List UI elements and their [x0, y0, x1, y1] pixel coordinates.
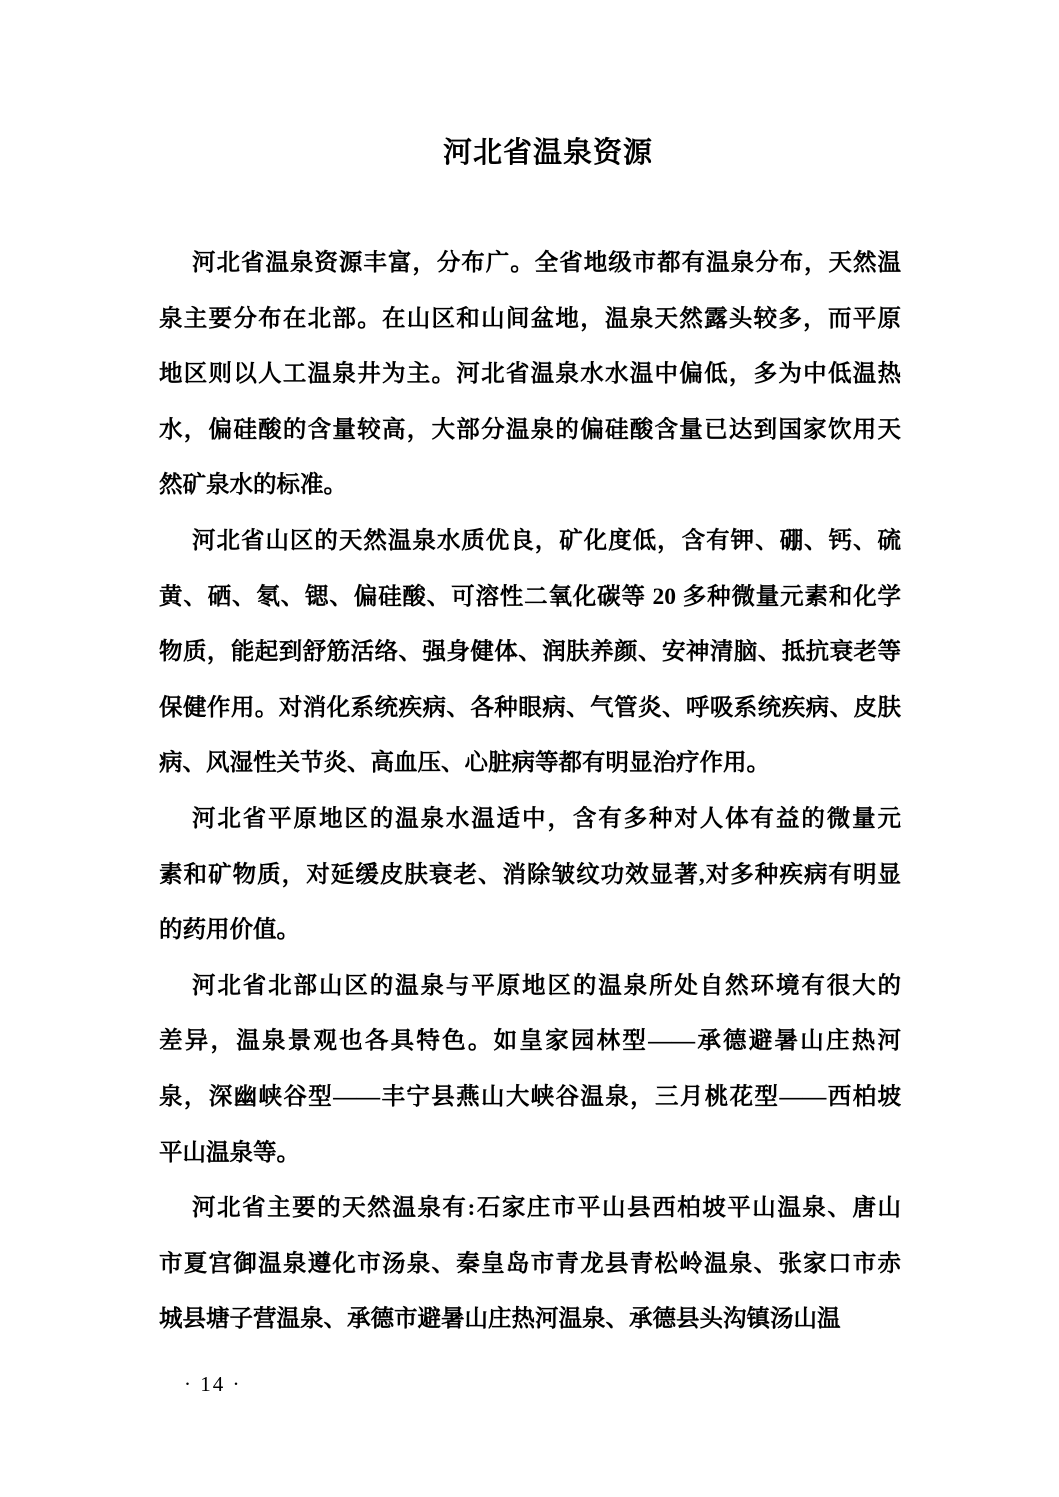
paragraph-line: 差异，温泉景观也各具特色。如皇家园林型——承德避暑山庄热河	[159, 1014, 901, 1070]
paragraph-line: 然矿泉水的标准。	[159, 458, 901, 514]
paragraph-line: 河北省山区的天然温泉水质优良，矿化度低，含有钾、硼、钙、硫	[159, 514, 901, 570]
paragraph-line: 水，偏硅酸的含量较高，大部分温泉的偏硅酸含量已达到国家饮用天	[159, 403, 901, 459]
paragraph-line: 的药用价值。	[159, 903, 901, 959]
paragraph: 河北省北部山区的温泉与平原地区的温泉所处自然环境有很大的 差异，温泉景观也各具特…	[159, 959, 901, 1181]
paragraph-line: 市夏宫御温泉遵化市汤泉、秦皇岛市青龙县青松岭温泉、张家口市赤	[159, 1237, 901, 1293]
paragraph-line: 河北省主要的天然温泉有:石家庄市平山县西柏坡平山温泉、唐山	[159, 1181, 901, 1237]
page-number: · 14 ·	[184, 1372, 242, 1397]
paragraph: 河北省温泉资源丰富，分布广。全省地级市都有温泉分布，天然温 泉主要分布在北部。在…	[159, 236, 901, 514]
paragraph-line: 泉主要分布在北部。在山区和山间盆地，温泉天然露头较多，而平原	[159, 292, 901, 348]
paragraph: 河北省主要的天然温泉有:石家庄市平山县西柏坡平山温泉、唐山 市夏宫御温泉遵化市汤…	[159, 1181, 901, 1348]
page-title: 河北省温泉资源	[177, 130, 919, 171]
paragraph: 河北省山区的天然温泉水质优良，矿化度低，含有钾、硼、钙、硫 黄、硒、氡、锶、偏硅…	[159, 514, 901, 792]
paragraph-line: 泉，深幽峡谷型——丰宁县燕山大峡谷温泉，三月桃花型——西柏坡	[159, 1070, 901, 1126]
paragraph-line: 病、风湿性关节炎、高血压、心脏病等都有明显治疗作用。	[159, 736, 901, 792]
paragraph-line: 河北省北部山区的温泉与平原地区的温泉所处自然环境有很大的	[159, 959, 901, 1015]
paragraph-line: 素和矿物质，对延缓皮肤衰老、消除皱纹功效显著,对多种疾病有明显	[159, 848, 901, 904]
paragraph-line: 城县塘子营温泉、承德市避暑山庄热河温泉、承德县头沟镇汤山温	[159, 1292, 901, 1348]
document-body: 河北省温泉资源丰富，分布广。全省地级市都有温泉分布，天然温 泉主要分布在北部。在…	[159, 236, 901, 1348]
document-page: 河北省温泉资源 河北省温泉资源丰富，分布广。全省地级市都有温泉分布，天然温 泉主…	[0, 0, 1059, 1497]
paragraph-line: 地区则以人工温泉井为主。河北省温泉水水温中偏低，多为中低温热	[159, 347, 901, 403]
paragraph-line: 保健作用。对消化系统疾病、各种眼病、气管炎、呼吸系统疾病、皮肤	[159, 681, 901, 737]
paragraph: 河北省平原地区的温泉水温适中，含有多种对人体有益的微量元 素和矿物质，对延缓皮肤…	[159, 792, 901, 959]
paragraph-line: 河北省温泉资源丰富，分布广。全省地级市都有温泉分布，天然温	[159, 236, 901, 292]
paragraph-line: 物质，能起到舒筋活络、强身健体、润肤养颜、安神清脑、抵抗衰老等	[159, 625, 901, 681]
paragraph-line: 平山温泉等。	[159, 1126, 901, 1182]
paragraph-line: 河北省平原地区的温泉水温适中，含有多种对人体有益的微量元	[159, 792, 901, 848]
paragraph-line: 黄、硒、氡、锶、偏硅酸、可溶性二氧化碳等 20 多种微量元素和化学	[159, 570, 901, 626]
